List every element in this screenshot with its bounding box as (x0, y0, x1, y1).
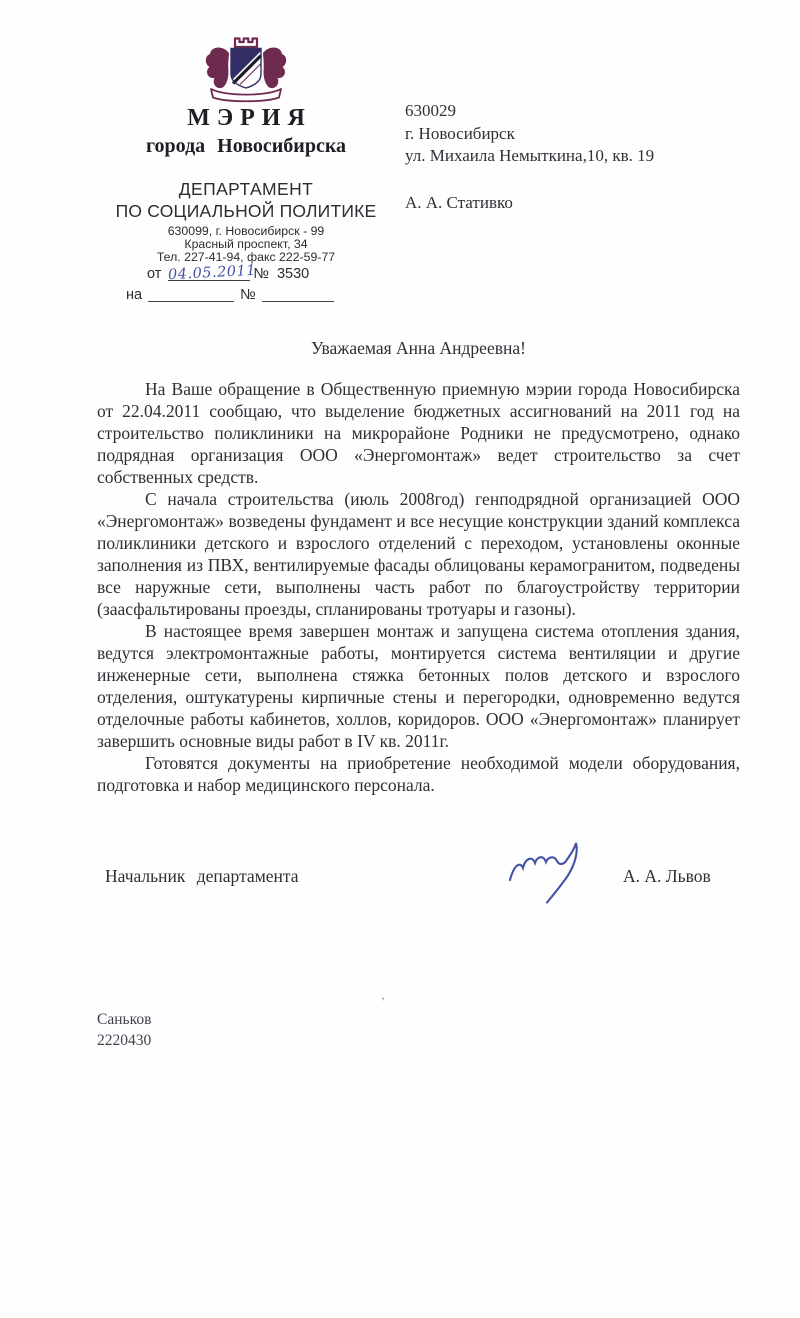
incoming-reference-line: на № (126, 282, 340, 303)
outgoing-number: 3530 (277, 266, 309, 282)
reply-number-blank (262, 286, 334, 302)
handwritten-signature (502, 835, 612, 905)
body-paragraph-4: Готовятся документы на приобретение необ… (97, 752, 740, 796)
signer-title: Начальник департамента (105, 866, 299, 887)
scan-speck: ’ (381, 994, 385, 1009)
scanned-letter-page: МЭРИЯ города Новосибирска ДЕПАРТАМЕНТ ПО… (0, 0, 800, 1318)
body-paragraph-2: С начала строительства (июль 2008год) ге… (97, 488, 740, 620)
recipient-street: ул. Михаила Немыткина,10, кв. 19 (405, 145, 745, 168)
reply-number-sign: № (240, 287, 256, 303)
recipient-city: г. Новосибирск (405, 123, 745, 146)
org-name-line2: города Новосибирска (98, 135, 394, 158)
salutation: Уважаемая Анна Андреевна! (97, 337, 740, 359)
department-name-line1: ДЕПАРТАМЕНТ (98, 179, 394, 200)
handwritten-date: 04.05.2011 (168, 264, 257, 284)
signer-name: А. А. Львов (623, 866, 711, 887)
executor-phone: 2220430 (97, 1030, 151, 1051)
executor-name: Саньков (97, 1009, 151, 1030)
reference-block: от 04.05.2011 № 3530 на № (126, 261, 340, 303)
letter-body: Уважаемая Анна Андреевна! На Ваше обраще… (97, 337, 740, 796)
signature-row: Начальник департамента А. А. Львов (97, 866, 740, 926)
novosibirsk-coat-of-arms-icon (196, 34, 296, 104)
body-paragraph-3: В настоящее время завершен монтаж и запу… (97, 620, 740, 752)
outgoing-reference-line: от 04.05.2011 № 3530 (126, 261, 340, 282)
reply-label: на (126, 287, 142, 303)
letterhead-address-line2: Красный проспект, 34 (98, 238, 394, 251)
department-name-line2: ПО СОЦИАЛЬНОЙ ПОЛИТИКЕ (98, 201, 394, 222)
from-label: от (147, 266, 161, 282)
recipient-block: 630029 г. Новосибирск ул. Михаила Немытк… (405, 100, 745, 214)
letterhead: МЭРИЯ города Новосибирска ДЕПАРТАМЕНТ ПО… (98, 34, 394, 263)
reply-date-blank (148, 286, 234, 302)
body-paragraph-1: На Ваше обращение в Общественную приемну… (97, 378, 740, 488)
recipient-name: А. А. Стативко (405, 192, 745, 215)
letterhead-address-line1: 630099, г. Новосибирск - 99 (98, 225, 394, 238)
org-name-line1: МЭРИЯ (98, 105, 394, 132)
executor-block: Саньков 2220430 (97, 1009, 151, 1051)
recipient-postcode: 630029 (405, 100, 745, 123)
date-field: 04.05.2011 (168, 265, 250, 281)
